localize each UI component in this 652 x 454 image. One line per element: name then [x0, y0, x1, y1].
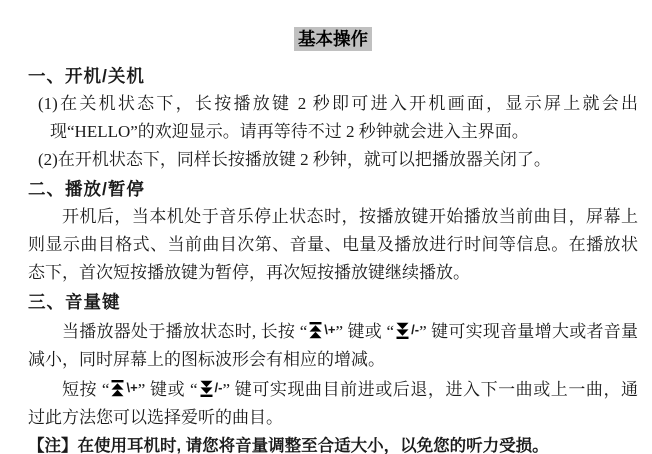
volume-down-prev-key-icon — [200, 380, 213, 397]
volume-up-next-key-icon — [309, 322, 322, 339]
manual-page: 基本操作 一、开机/关机 (1)在关机状态下，长按播放键 2 秒即可进入开机画面… — [0, 0, 652, 454]
short-press-text-before-up: 短按 “ — [62, 380, 109, 399]
page-title: 基本操作 — [294, 27, 372, 51]
volume-down-prev-key-icon — [396, 322, 409, 339]
short-press-text-between: ” 键或 “ — [138, 380, 198, 399]
power-item-2: (2)在开机状态下，同样长按播放键 2 秒钟，就可以把播放器关闭了。 — [28, 146, 638, 174]
long-press-text-before-up: 当播放器处于播放状态时, 长按 “ — [62, 322, 307, 341]
play-pause-paragraph: 开机后，当本机处于音乐停止状态时，按播放键开始播放当前曲目，屏幕上则显示曲目格式… — [28, 203, 638, 287]
long-press-text-between: ” 键或 “ — [335, 322, 394, 341]
down-key-label: /- — [411, 322, 419, 337]
headphone-warning-note: 【注】在使用耳机时, 请您将音量调整至合适大小，以免您的听力受损。 — [28, 432, 638, 454]
section-heading-power: 一、开机/关机 — [28, 62, 638, 90]
title-row: 基本操作 — [28, 26, 638, 54]
up-key-label: \+ — [126, 380, 137, 395]
section-heading-play-pause: 二、播放/暂停 — [28, 175, 638, 203]
volume-long-press-paragraph: 当播放器处于播放状态时, 长按 “\+” 键或 “/-” 键可实现音量增大或者音… — [28, 316, 638, 374]
section-heading-volume: 三、音量键 — [28, 288, 638, 316]
power-item-1: (1)在关机状态下，长按播放键 2 秒即可进入开机画面，显示屏上就会出现“HEL… — [28, 90, 638, 146]
up-key-label: \+ — [324, 322, 335, 337]
volume-short-press-paragraph: 短按 “\+” 键或 “/-” 键可实现曲目前进或后退，进入下一曲或上一曲，通过… — [28, 374, 638, 432]
volume-up-next-key-icon — [111, 380, 124, 397]
